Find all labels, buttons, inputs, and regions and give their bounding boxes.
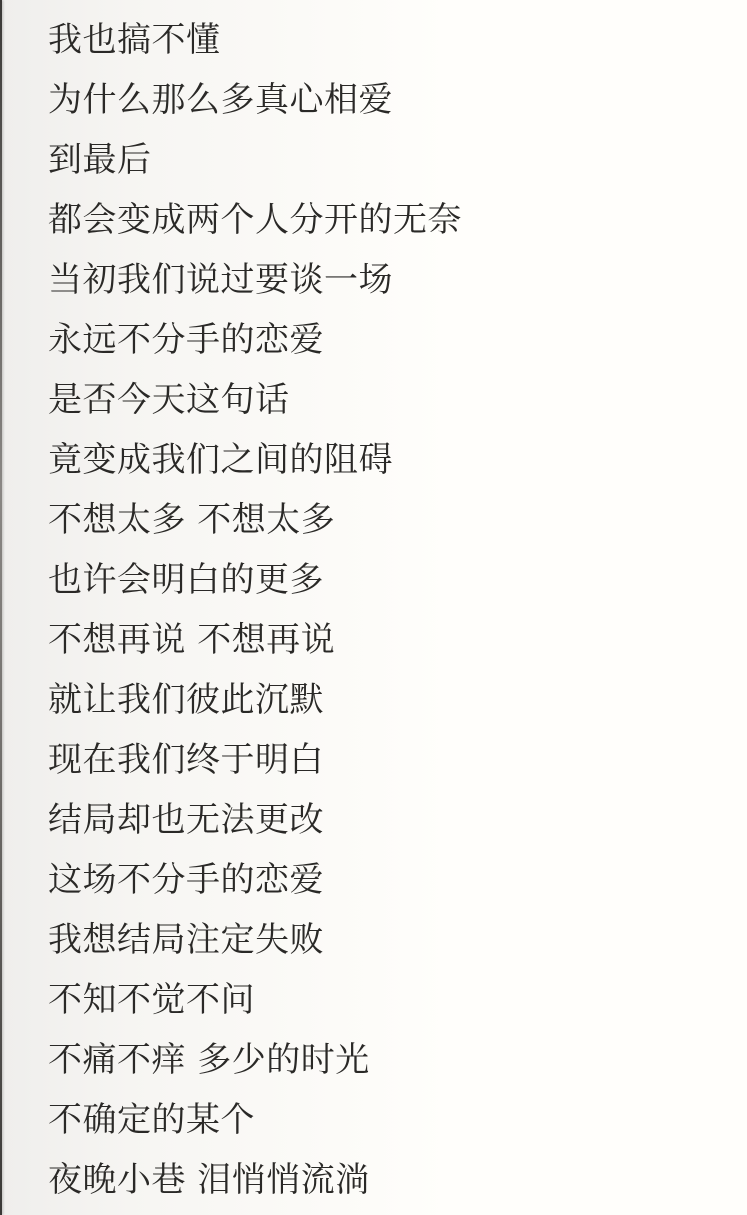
lyric-line: 当初我们说过要谈一场 [48, 250, 747, 310]
lyric-line: 不知不觉不问 [48, 970, 747, 1030]
lyric-line: 现在我们终于明白 [48, 730, 747, 790]
lyrics-panel: 我也搞不懂 为什么那么多真心相爱 到最后 都会变成两个人分开的无奈 当初我们说过… [0, 0, 747, 1210]
lyric-line: 为什么那么多真心相爱 [48, 70, 747, 130]
lyric-line: 不想再说 不想再说 [48, 610, 747, 670]
lyric-line: 这场不分手的恋爱 [48, 850, 747, 910]
lyric-line: 是否今天这句话 [48, 370, 747, 430]
lyric-line: 我也搞不懂 [48, 10, 747, 70]
lyric-line: 不确定的某个 [48, 1090, 747, 1150]
lyric-line: 不痛不痒 多少的时光 [48, 1030, 747, 1090]
lyric-line: 竟变成我们之间的阻碍 [48, 430, 747, 490]
lyric-line: 结局却也无法更改 [48, 790, 747, 850]
lyric-line: 不想太多 不想太多 [48, 490, 747, 550]
lyric-line: 也许会明白的更多 [48, 550, 747, 610]
lyric-line: 到最后 [48, 130, 747, 190]
lyric-line: 夜晚小巷 泪悄悄流淌 [48, 1150, 747, 1210]
lyric-line: 永远不分手的恋爱 [48, 310, 747, 370]
lyric-line: 都会变成两个人分开的无奈 [48, 190, 747, 250]
lyric-line: 我想结局注定失败 [48, 910, 747, 970]
lyric-line: 就让我们彼此沉默 [48, 670, 747, 730]
